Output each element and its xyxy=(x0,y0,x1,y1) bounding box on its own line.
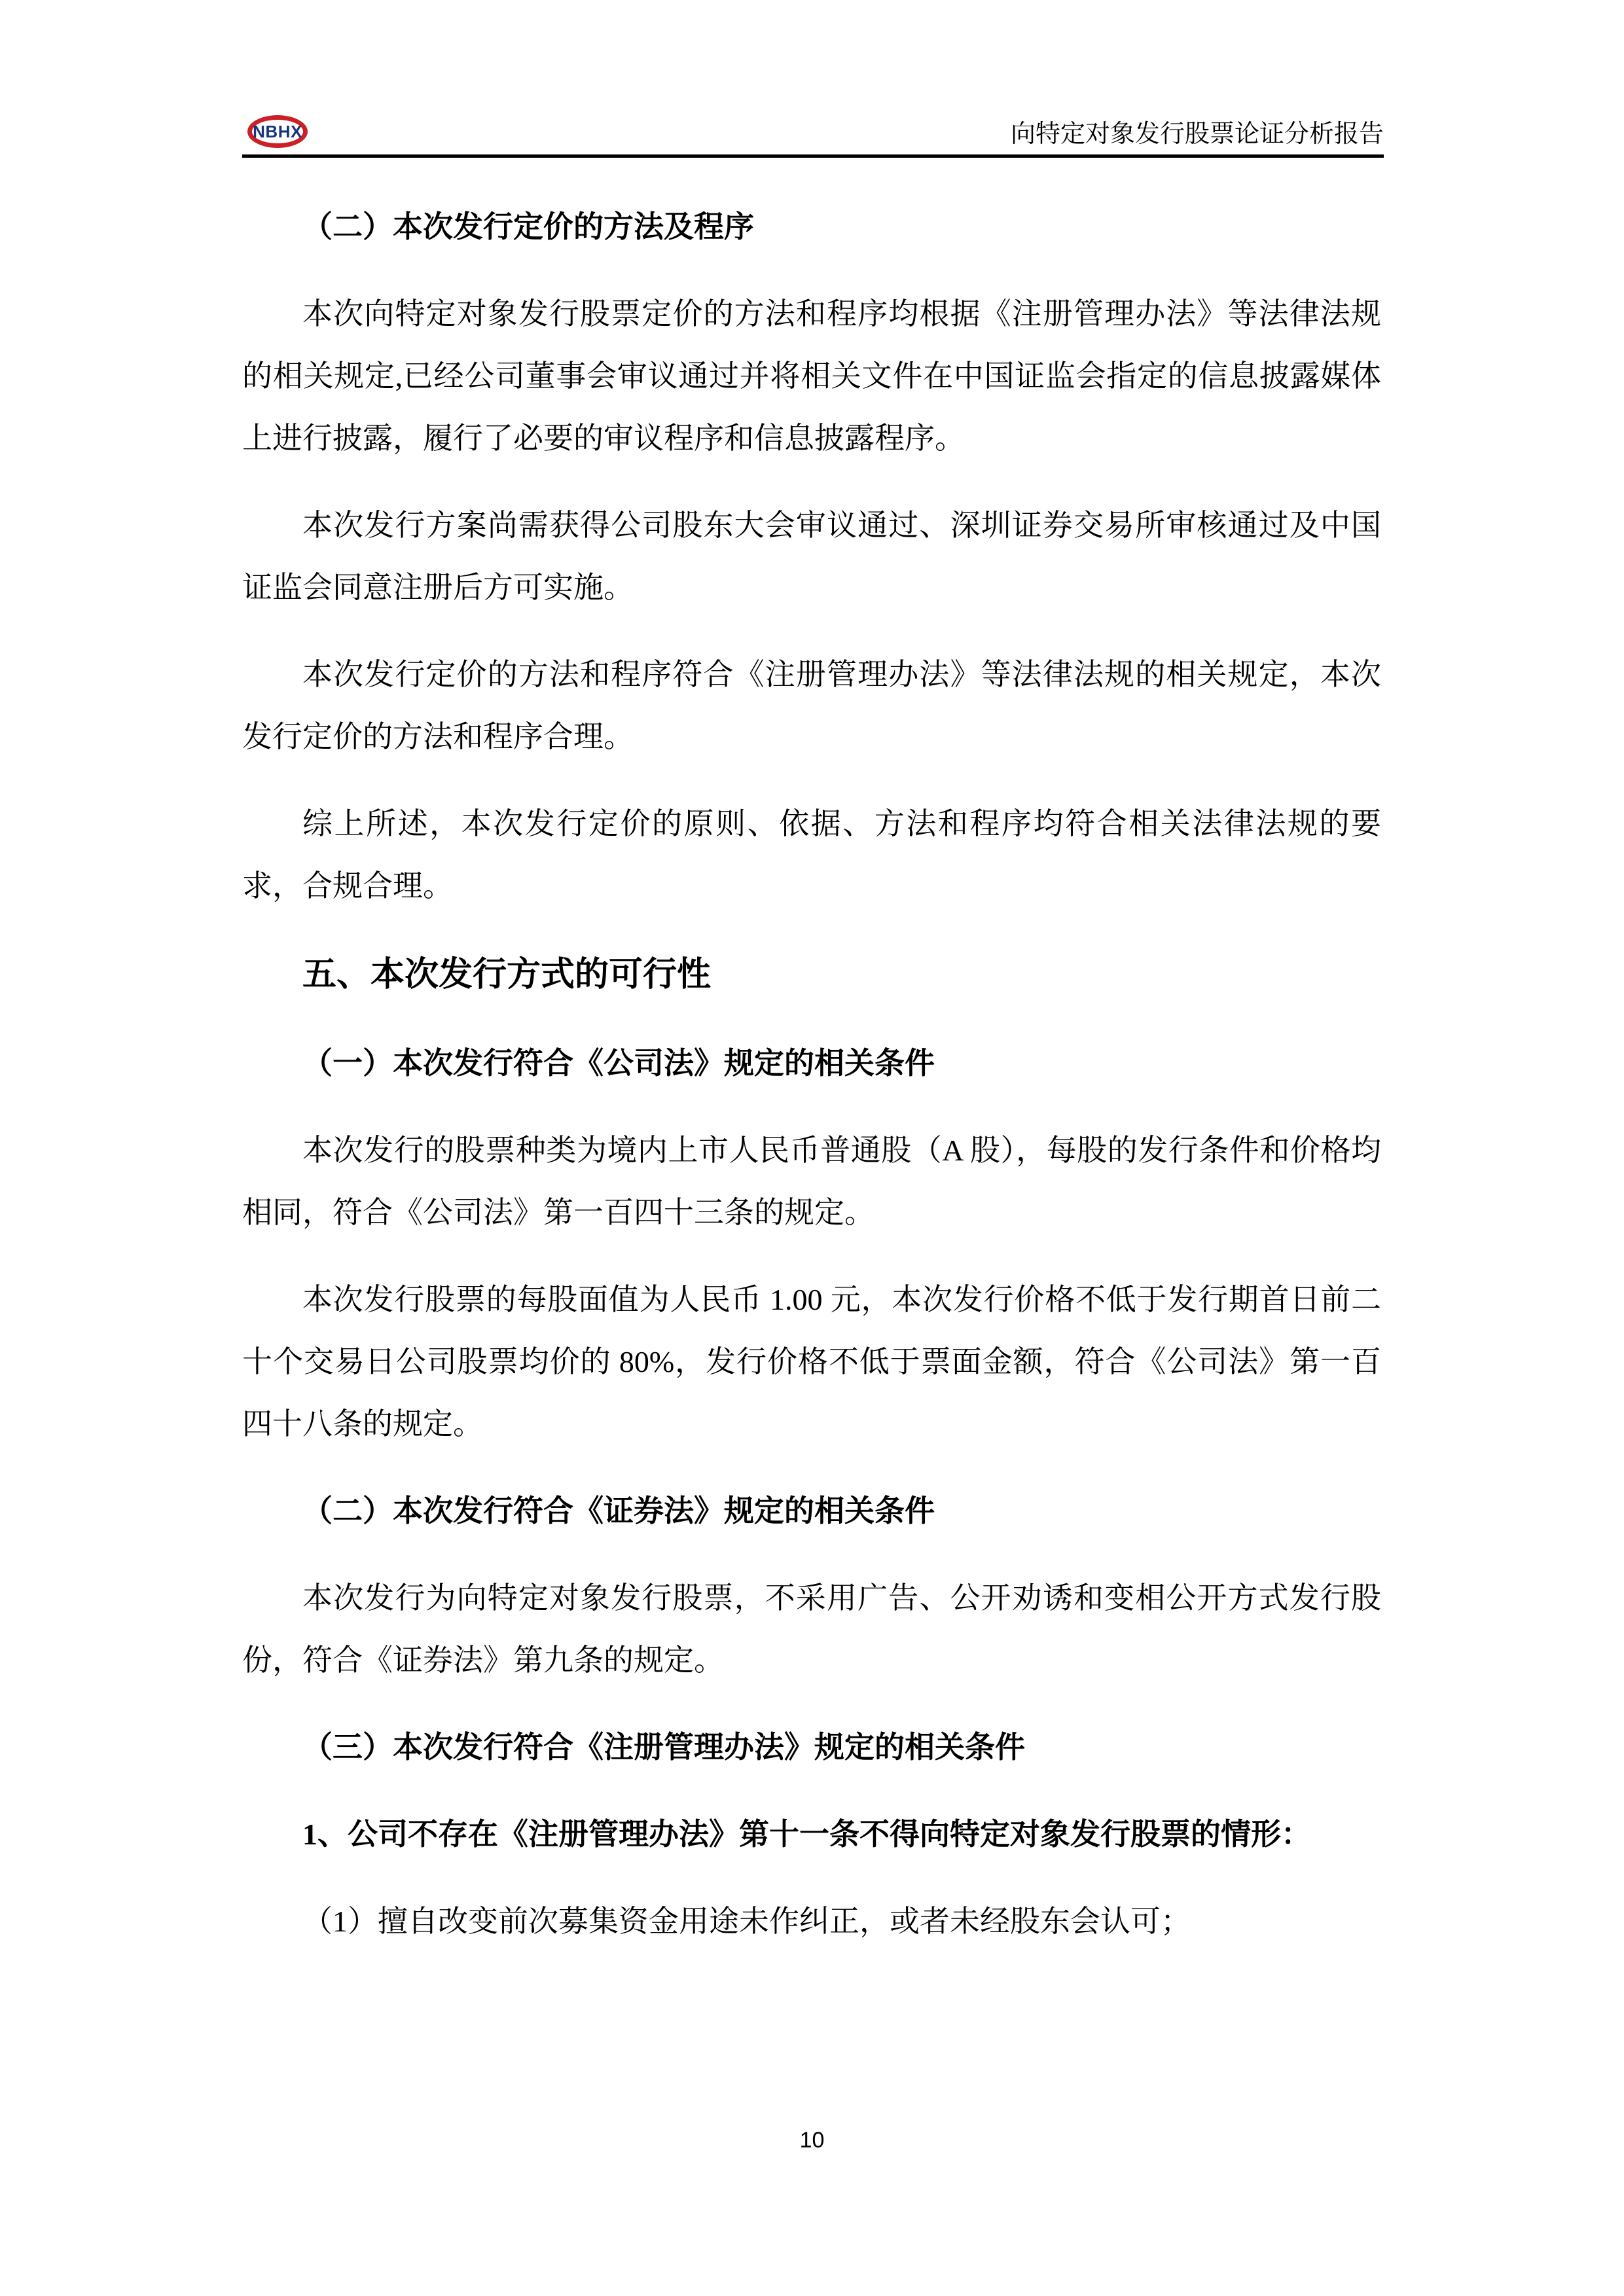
subsection-heading-pricing-method: （二）本次发行定价的方法及程序 xyxy=(242,196,1381,258)
paragraph: 本次发行的股票种类为境内上市人民币普通股（A 股），每股的发行条件和价格均相同，… xyxy=(242,1119,1381,1244)
paragraph: 本次发行定价的方法和程序符合《注册管理办法》等法律法规的相关规定，本次发行定价的… xyxy=(242,643,1381,768)
paragraph: 本次发行股票的每股面值为人民币 1.00 元，本次发行价格不低于发行期首日前二十… xyxy=(242,1268,1381,1455)
subsection-heading-registration-measures: （三）本次发行符合《注册管理办法》规定的相关条件 xyxy=(242,1716,1381,1778)
paragraph: 综上所述，本次发行定价的原则、依据、方法和程序均符合相关法律法规的要求，合规合理… xyxy=(242,793,1381,917)
paragraph: （1）擅自改变前次募集资金用途未作纠正，或者未经股东会认可； xyxy=(242,1890,1381,1952)
subsection-heading-securities-law: （二）本次发行符合《证券法》规定的相关条件 xyxy=(242,1480,1381,1542)
header-document-title: 向特定对象发行股票论证分析报告 xyxy=(1011,120,1384,149)
subsection-heading-company-law: （一）本次发行符合《公司法》规定的相关条件 xyxy=(242,1032,1381,1094)
logo-text: NBHX xyxy=(253,123,302,140)
document-content: （二）本次发行定价的方法及程序 本次向特定对象发行股票定价的方法和程序均根据《注… xyxy=(242,196,1381,1977)
paragraph: 本次发行为向特定对象发行股票，不采用广告、公开劝诱和变相公开方式发行股份，符合《… xyxy=(242,1567,1381,1691)
numbered-bold-statement: 1、公司不存在《注册管理办法》第十一条不得向特定对象发行股票的情形： xyxy=(242,1803,1381,1865)
page-number: 10 xyxy=(0,2127,1624,2153)
section-heading-issuance-method-feasibility: 五、本次发行方式的可行性 xyxy=(242,942,1381,1007)
document-page: { "header": { "logo": { "text": "NBHX", … xyxy=(0,0,1624,2296)
company-logo-icon: NBHX xyxy=(247,115,308,148)
paragraph: 本次发行方案尚需获得公司股东大会审议通过、深圳证券交易所审核通过及中国证监会同意… xyxy=(242,494,1381,619)
header-rule xyxy=(242,154,1384,158)
paragraph: 本次向特定对象发行股票定价的方法和程序均根据《注册管理办法》等法律法规的相关规定… xyxy=(242,283,1381,469)
